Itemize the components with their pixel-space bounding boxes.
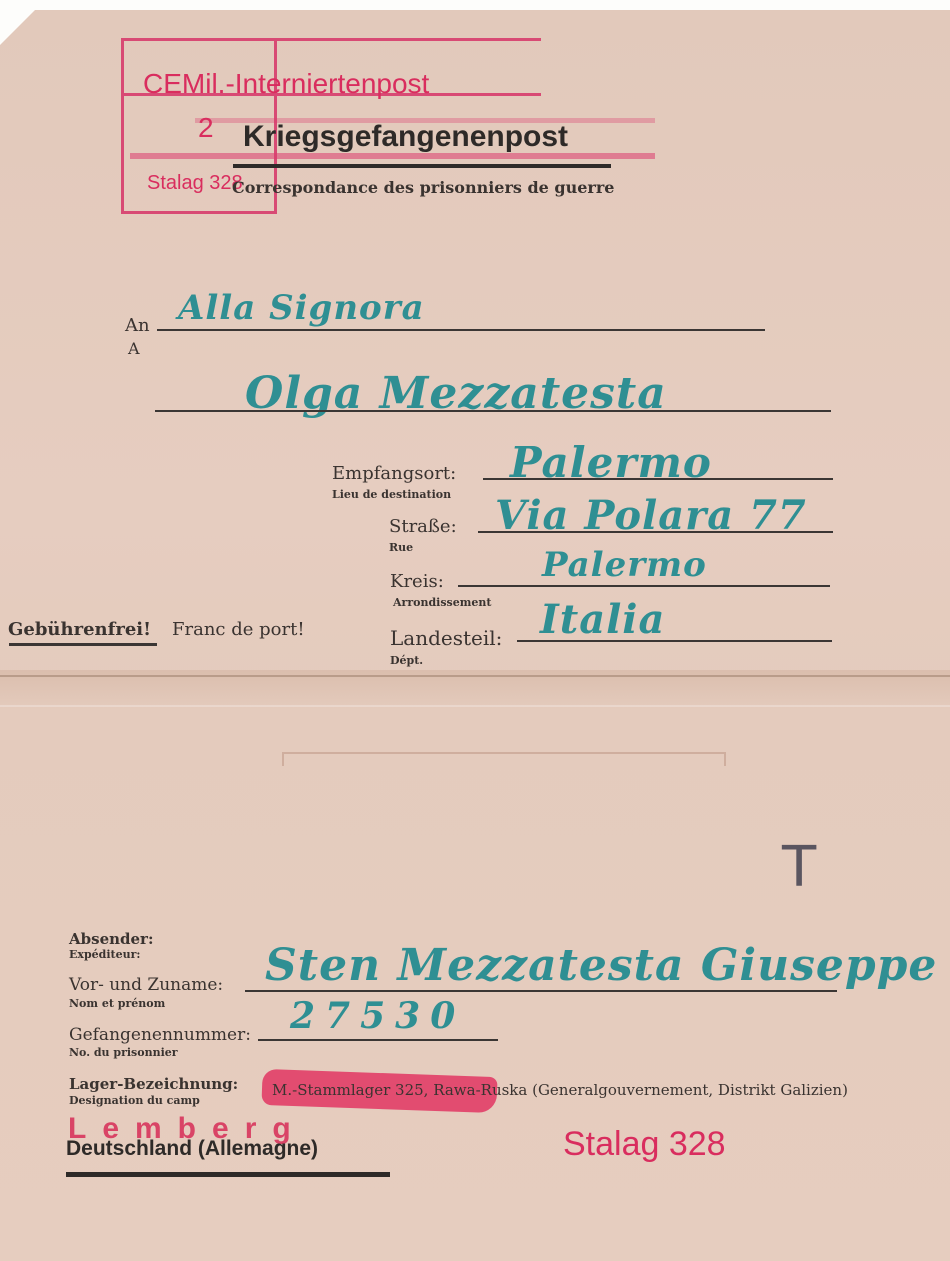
stamp-digit: 2 xyxy=(198,112,214,144)
prisoner-number-label: Gefangenennummer: xyxy=(69,1025,251,1045)
prisoner-number-line xyxy=(258,1039,498,1041)
recipient-line2 xyxy=(155,410,831,412)
fold-crease-lower xyxy=(0,705,950,707)
expediteur-label: Expéditeur: xyxy=(69,948,140,961)
sender-name-value: Sten Mezzatesta Giuseppe xyxy=(265,940,937,991)
pencil-mark: T xyxy=(782,835,816,900)
kreis-fr-label: Arrondissement xyxy=(393,596,491,609)
landesteil-label: Landesteil: xyxy=(390,626,502,650)
flap-window-outline xyxy=(282,752,726,766)
internierten-stamp-text: CEMil.-Interniertenpost xyxy=(143,68,429,100)
stalag-stamp-bottom: Stalag 328 xyxy=(563,1125,726,1164)
strasse-label: Straße: xyxy=(389,516,457,537)
postage-free-de: Gebührenfrei! xyxy=(8,619,151,640)
kreis-label: Kreis: xyxy=(390,571,444,592)
recipient-line1 xyxy=(157,329,765,331)
a-label: A xyxy=(128,339,140,358)
country-underline xyxy=(66,1172,390,1177)
page-title: Kriegsgefangenenpost xyxy=(243,120,568,154)
an-label: An xyxy=(125,315,150,336)
camp-fr-label: Designation du camp xyxy=(69,1094,200,1107)
kreis-line xyxy=(458,585,830,587)
empfangsort-line xyxy=(483,478,833,480)
postage-free-fr: Franc de port! xyxy=(172,619,305,640)
strasse-fr-label: Rue xyxy=(389,541,413,554)
country-label: Deutschland (Allemagne) xyxy=(66,1137,318,1161)
name-fr-label: Nom et prénom xyxy=(69,997,165,1010)
prisoner-number-value: 27530 xyxy=(290,995,465,1037)
postage-underline xyxy=(9,643,157,646)
landesteil-line xyxy=(517,640,832,642)
title-underline xyxy=(233,164,611,168)
recipient-line1-handwriting: Alla Signora xyxy=(178,288,425,328)
absender-label: Absender: xyxy=(69,930,154,948)
camp-label: Lager-Bezeichnung: xyxy=(69,1075,238,1093)
strasse-line xyxy=(478,531,833,533)
empfangsort-fr-label: Lieu de destination xyxy=(332,488,451,501)
prisoner-number-fr-label: No. du prisonnier xyxy=(69,1046,178,1059)
stalag-stamp-top: Stalag 328 xyxy=(147,172,243,195)
camp-value: M.-Stammlager 325, Rawa-Ruska (Generalgo… xyxy=(272,1081,848,1099)
name-label: Vor- und Zuname: xyxy=(69,975,223,995)
landesteil-fr-label: Dépt. xyxy=(390,654,423,667)
empfangsort-label: Empfangsort: xyxy=(332,463,456,484)
name-line xyxy=(245,990,837,992)
fold-crease xyxy=(0,675,950,677)
landesteil-value: Italia xyxy=(540,596,665,643)
kreis-value: Palermo xyxy=(542,545,707,585)
page-subtitle: Correspondance des prisonniers de guerre xyxy=(232,178,614,197)
